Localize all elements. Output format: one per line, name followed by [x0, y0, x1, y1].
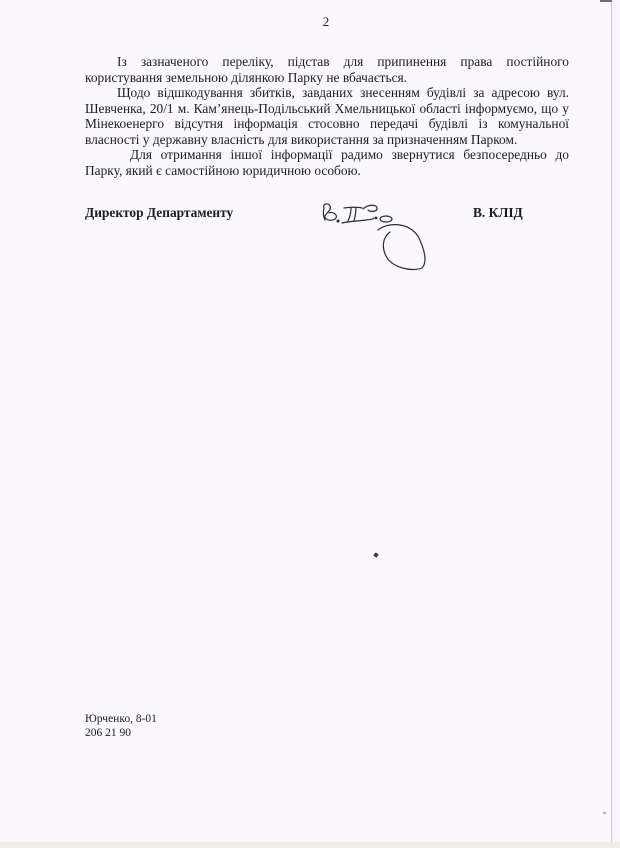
signatory-title: Директор Департаменту [85, 205, 233, 221]
page-number: 2 [0, 14, 620, 30]
signatory-name: В. КЛІД [473, 205, 523, 221]
paragraph-land-use: Із зазначеного переліку, підстав для при… [85, 54, 569, 85]
executor-footer: Юрченко, 8-01 206 21 90 [85, 712, 157, 740]
executor-name: Юрченко, 8-01 [85, 712, 157, 726]
scan-speck [603, 812, 606, 814]
handwritten-signature-icon [318, 196, 448, 276]
paragraph-contact-park: Для отримання іншої інформації радимо зв… [85, 147, 569, 178]
page-bottom-edge [0, 842, 620, 848]
letter-body: Із зазначеного переліку, підстав для при… [85, 54, 569, 178]
page-edge [611, 0, 612, 848]
executor-phone: 206 21 90 [85, 726, 157, 740]
scan-mark [600, 0, 612, 2]
paragraph-damages: Щодо відшкодування збитків, завданих зне… [85, 85, 569, 147]
